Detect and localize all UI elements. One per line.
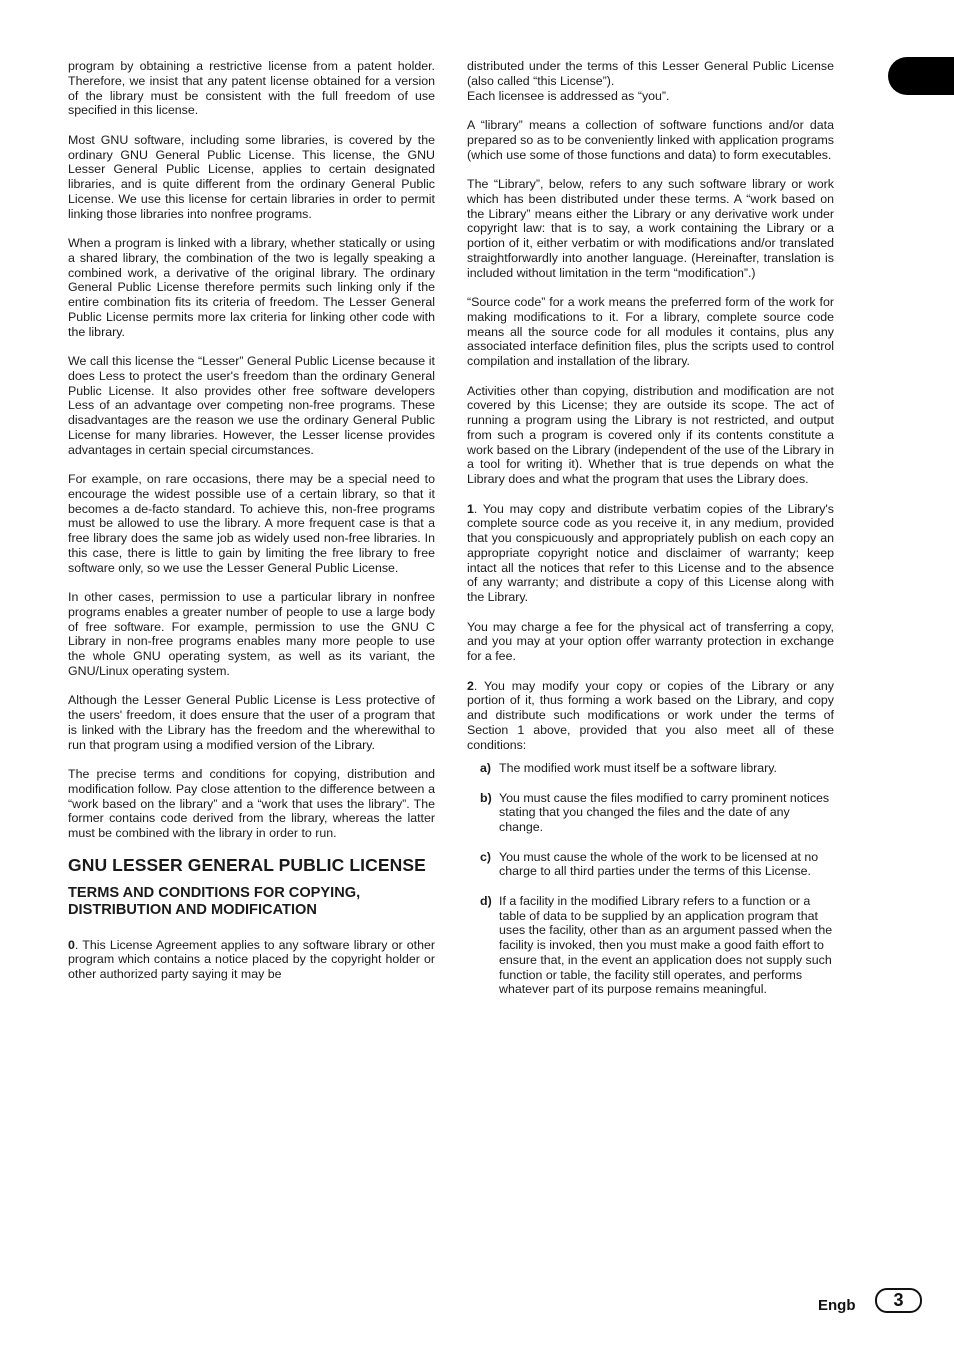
list-item: a)The modified work must itself be a sof… (467, 761, 834, 776)
clause-2: 2. You may modify your copy or copies of… (467, 679, 834, 753)
list-item-text: You must cause the whole of the work to … (499, 850, 818, 879)
list-item-text: If a facility in the modified Library re… (499, 894, 832, 997)
clause-number: 2 (467, 679, 474, 693)
clause-0: 0. This License Agreement applies to any… (68, 938, 435, 982)
left-column: program by obtaining a restrictive licen… (68, 59, 435, 997)
list-item: b)You must cause the files modified to c… (467, 791, 834, 835)
clause-1: 1. You may copy and distribute verbatim … (467, 502, 834, 605)
clause-text: . This License Agreement applies to any … (68, 938, 435, 982)
paragraph: A “library” means a collection of softwa… (467, 118, 834, 162)
paragraph: For example, on rare occasions, there ma… (68, 472, 435, 575)
clause-number: 0 (68, 938, 75, 952)
paragraph: You may charge a fee for the physical ac… (467, 620, 834, 664)
list-marker: d) (480, 894, 492, 909)
list-marker: a) (480, 761, 491, 776)
right-column: distributed under the terms of this Less… (467, 59, 834, 1012)
list-marker: b) (480, 791, 492, 806)
conditions-list: a)The modified work must itself be a sof… (467, 761, 834, 997)
list-item: c)You must cause the whole of the work t… (467, 850, 834, 880)
page-number-badge: 3 (875, 1288, 922, 1313)
section-subheading: TERMS AND CONDITIONS FOR COPYING, DISTRI… (68, 885, 435, 919)
paragraph: When a program is linked with a library,… (68, 236, 435, 339)
language-label: Engb (818, 1297, 856, 1314)
paragraph: We call this license the “Lesser” Genera… (68, 354, 435, 457)
list-item-text: You must cause the files modified to car… (499, 791, 829, 835)
clause-text: . You may copy and distribute verbatim c… (467, 502, 834, 605)
section-heading: GNU LESSER GENERAL PUBLIC LICENSE (68, 856, 435, 875)
paragraph: distributed under the terms of this Less… (467, 59, 834, 89)
clause-text: . You may modify your copy or copies of … (467, 679, 834, 752)
paragraph: The precise terms and conditions for cop… (68, 767, 435, 841)
list-item: d)If a facility in the modified Library … (467, 894, 834, 997)
clause-number: 1 (467, 502, 474, 516)
paragraph: The “Library”, below, refers to any such… (467, 177, 834, 280)
paragraph: Most GNU software, including some librar… (68, 133, 435, 222)
list-item-text: The modified work must itself be a softw… (499, 761, 777, 775)
paragraph: program by obtaining a restrictive licen… (68, 59, 435, 118)
section-tab-marker (888, 57, 954, 95)
paragraph: “Source code” for a work means the prefe… (467, 295, 834, 369)
paragraph: Although the Lesser General Public Licen… (68, 693, 435, 752)
paragraph: In other cases, permission to use a part… (68, 590, 435, 679)
paragraph: Activities other than copying, distribut… (467, 384, 834, 487)
paragraph: Each licensee is addressed as “you”. (467, 89, 834, 104)
list-marker: c) (480, 850, 491, 865)
